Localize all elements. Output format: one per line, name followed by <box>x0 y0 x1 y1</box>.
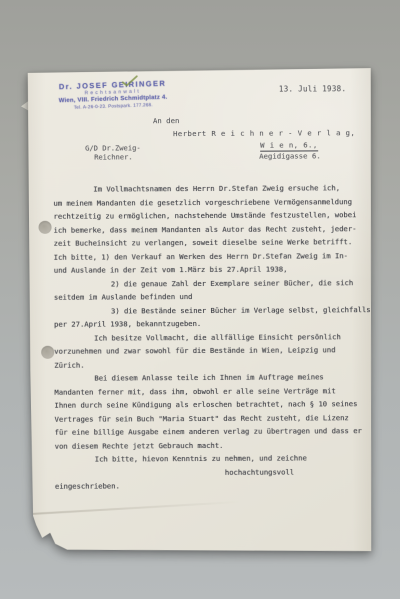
letter-date: 13. Juli 1938. <box>279 84 346 93</box>
body-line: Ihnen durch seine Kündigung als erlosche… <box>54 397 359 412</box>
body-line: vorzunehmen und zwar sowohl für die Best… <box>54 343 359 358</box>
recipient-street: Aegidigasse 6. <box>259 151 321 160</box>
photograph-backdrop: Dr. JOSEF GEIRINGER Rechtsanwalt Wien, V… <box>0 0 400 599</box>
body-line: Bei diesem Anlasse teile ich Ihnen im Au… <box>54 370 359 385</box>
file-reference-line2: Reichner. <box>94 152 132 161</box>
letterhead-stamp: Dr. JOSEF GEIRINGER Rechtsanwalt Wien, V… <box>51 78 174 111</box>
body-line: Im Vollmachtsnamen des Herrn Dr.Stefan Z… <box>53 181 358 196</box>
body-line: 3) die Bestände seiner Bücher im Verlage… <box>54 303 359 318</box>
letter-page-wrap: Dr. JOSEF GEIRINGER Rechtsanwalt Wien, V… <box>28 68 374 553</box>
recipient-salutation: An den <box>153 116 179 125</box>
punch-hole-bottom <box>41 346 54 359</box>
paper-crease <box>32 501 242 515</box>
recipient-name: Herbert R e i c h n e r - V e r l a g, <box>173 128 355 138</box>
body-line: rechtzeitig zu ermöglichen, nachstehende… <box>53 208 358 223</box>
body-line: Ich bitte, 1) den Verkauf an Werken des … <box>54 249 359 264</box>
body-line: 2) die genaue Zahl der Exemplare seiner … <box>54 276 359 291</box>
registered-mail-note: eingeschrieben. <box>55 478 360 493</box>
letter-body: Im Vollmachtsnamen des Herrn Dr.Stefan Z… <box>53 181 360 493</box>
file-reference-line1: G/D Dr.Zweig- <box>85 143 141 152</box>
pencil-check-icon <box>122 75 138 87</box>
recipient-city: W i e n, 6., <box>260 140 318 151</box>
letter-page: Dr. JOSEF GEIRINGER Rechtsanwalt Wien, V… <box>28 68 374 553</box>
body-line: für eine billige Ausgabe einem anderen v… <box>55 424 360 439</box>
body-line: zeit Bucheinsicht zu verlangen, soweit d… <box>54 235 359 250</box>
punch-hole-top <box>39 221 52 234</box>
